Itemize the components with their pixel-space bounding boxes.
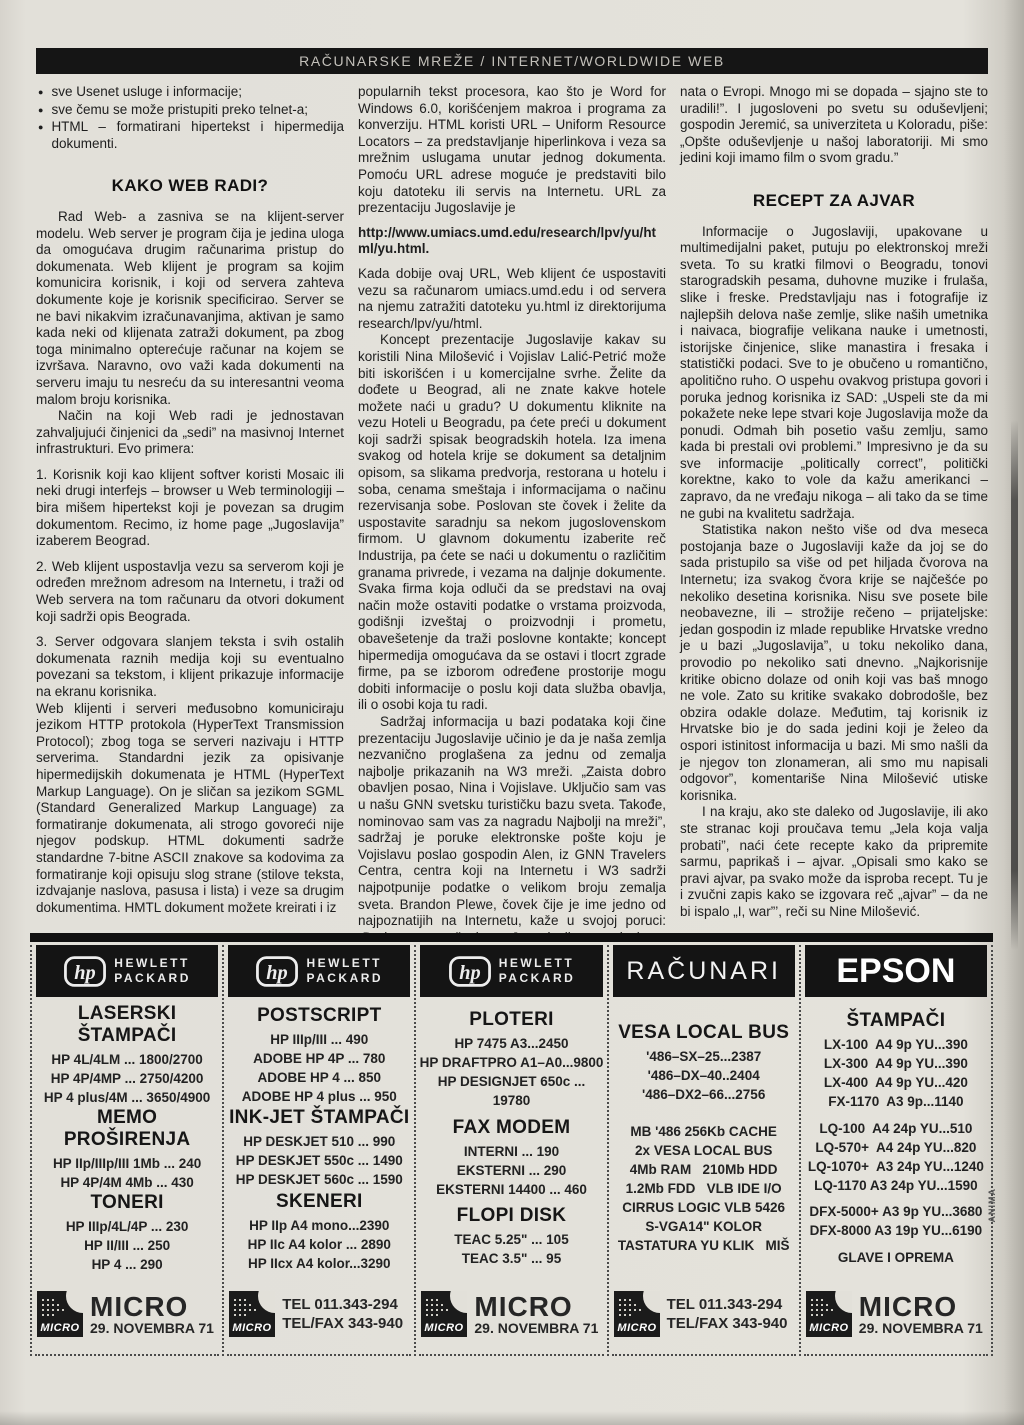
heading-recept-za-ajvar: RECEPT ZA AJVAR <box>680 193 988 210</box>
ad-section-title: TONERI <box>66 1192 189 1214</box>
ad-section-title: PLOTERI <box>419 1009 603 1031</box>
price-line: HP II/III ... 250 <box>66 1236 189 1255</box>
ad-section-title: FLOPI DISK <box>454 1205 568 1227</box>
micro-wordmark: MICRO <box>90 1293 214 1320</box>
article-column-2: popularnih tekst procesora, kao što je W… <box>358 84 666 933</box>
bullet-text: HTML – formatirani hipertekst i hipermed… <box>51 119 344 152</box>
paragraph: 2. Web klijent uspostavlja vezu sa serve… <box>36 559 344 625</box>
hp-logo-icon: hp <box>63 955 107 988</box>
price-line: HP DRAFTPRO A1–A0...9800 <box>419 1053 603 1072</box>
price-line: EKSTERNI ... 290 <box>436 1161 587 1180</box>
ad-section: DFX-5000+ A3 9p YU...3680 DFX-8000 A3 19… <box>809 1202 982 1240</box>
ad-column-body: VESA LOCAL BUS '486–SX–25...2387 '486–DX… <box>612 997 796 1280</box>
ad-section: LASERSKI ŠTAMPAČI HP 4L/4LM ... 1800/270… <box>35 1003 219 1107</box>
price-line: ADOBE HP 4 plus ... 950 <box>242 1087 397 1106</box>
hewlett-packard-logo-block: hp HEWLETT PACKARD <box>448 955 576 988</box>
hp-logo-icon: hp <box>255 955 299 988</box>
ad-section: TONERI HP IIIp/4L/4P ... 230 HP II/III .… <box>66 1192 189 1274</box>
ad-price-list: TEAC 5.25" ... 105 TEAC 3.5" ... 95 <box>454 1230 568 1268</box>
ad-column: hp HEWLETT PACKARD <box>224 945 416 1356</box>
svg-text:MICRO: MICRO <box>233 1322 272 1334</box>
micro-phone: TEL 011.343-294 <box>667 1295 788 1314</box>
paragraph: Način na koji Web radi je jednostavan za… <box>36 408 344 458</box>
price-line: LQ-1070+ A3 24p YU...1240 <box>808 1157 984 1176</box>
paragraph: Statistika nakon nešto više od dva mesec… <box>680 522 988 804</box>
micro-footer-text: TEL 011.343-294 TEL/FAX 343-940 <box>282 1295 403 1333</box>
bullet-item: ● sve Usenet usluge i informacije; <box>36 84 344 101</box>
micro-fax: TEL/FAX 343-940 <box>282 1314 403 1333</box>
advert-grid: hp HEWLETT PACKARD <box>30 945 993 1356</box>
price-line: LQ-570+ A4 24p YU...820 <box>808 1138 984 1157</box>
price-line: HP IIIp/III ... 490 <box>242 1030 397 1049</box>
ad-section-title: MEMO PROŠIRENJA <box>35 1107 219 1151</box>
price-line: DFX-5000+ A3 9p YU...3680 <box>809 1202 982 1221</box>
ad-section-title: SKENERI <box>248 1191 391 1213</box>
micro-footer: MICRO MICRO 29. NOVEMBRA 71 <box>804 1280 988 1356</box>
racunari-wordmark: RAČUNARI <box>626 957 781 986</box>
ad-section-title: POSTSCRIPT <box>242 1005 397 1027</box>
column-1-paragraphs: Rad Web- a zasniva se na klijent-server … <box>36 209 344 916</box>
price-line: HP IIp A4 mono...2390 <box>248 1216 391 1235</box>
section-header-bar: RAČUNARSKE MREŽE / INTERNET/WORLDWIDE WE… <box>36 48 988 74</box>
article-column-3: nata o Evropi. Mnogo mi se dopada – sjaj… <box>680 84 988 933</box>
price-line: '486–DX2–66...2756 <box>618 1085 789 1104</box>
micro-footer-text: MICRO 29. NOVEMBRA 71 <box>90 1293 214 1336</box>
ad-brand-header: hp HEWLETT PACKARD <box>228 945 410 997</box>
paragraph: nata o Evropi. Mnogo mi se dopada – sjaj… <box>680 84 988 167</box>
paragraph: Web klijenti i serveri međusobno komunic… <box>36 701 344 917</box>
price-line: INTERNI ... 190 <box>436 1142 587 1161</box>
ad-column-body: ŠTAMPAČI LX-100 A4 9p YU...390 LX-300 A4… <box>804 997 988 1280</box>
magazine-page-scan: RAČUNARSKE MREŽE / INTERNET/WORLDWIDE WE… <box>0 0 1024 1425</box>
hp-wordmark-line: PACKARD <box>306 971 383 986</box>
hp-wordmark: HEWLETT PACKARD <box>114 956 191 986</box>
svg-text:hp: hp <box>459 961 481 983</box>
article-body: ● sve Usenet usluge i informacije; ● sve… <box>36 84 988 933</box>
svg-text:MICRO: MICRO <box>40 1322 79 1334</box>
ad-section-title: ŠTAMPAČI <box>824 1010 968 1032</box>
ad-brand-header: hp HEWLETT PACKARD <box>420 945 602 997</box>
price-line: HP 4P/4MP ... 2750/4200 <box>35 1069 219 1088</box>
ad-price-list: HP IIIp/III ... 490 ADOBE HP 4P ... 780 … <box>242 1030 397 1106</box>
micro-logo-icon: MICRO <box>421 1291 467 1337</box>
ad-price-list: DFX-5000+ A3 9p YU...3680 DFX-8000 A3 19… <box>809 1202 982 1240</box>
ad-price-list: '486–SX–25...2387 '486–DX–40..2404 '486–… <box>618 1047 789 1104</box>
price-line: HP 7475 A3...2450 <box>419 1034 603 1053</box>
hewlett-packard-logo-block: hp HEWLETT PACKARD <box>255 955 383 988</box>
price-line: GLAVE I OPREMA <box>838 1248 954 1267</box>
ad-section: GLAVE I OPREMA <box>838 1248 954 1267</box>
ad-column: RAČUNARI VESA LOCAL BUS '486–SX–25... <box>609 945 801 1356</box>
price-line: HP 4P/4M 4Mb ... 430 <box>35 1173 219 1192</box>
heading-kako-web-radi: KAKO WEB RADI? <box>36 178 344 195</box>
ad-brand-header: hp HEWLETT PACKARD <box>36 945 218 997</box>
price-line: HP IIc A4 kolor ... 2890 <box>248 1235 391 1254</box>
ad-column-body: PLOTERI HP 7475 A3...2450 HP DRAFTPRO A1… <box>419 997 603 1280</box>
ad-section: SKENERI HP IIp A4 mono...2390 HP IIc A4 … <box>248 1191 391 1273</box>
price-line: CIRRUS LOGIC VLB 5426 <box>618 1198 790 1217</box>
hp-logo-icon: hp <box>448 955 492 988</box>
ad-price-list: HP 7475 A3...2450 HP DRAFTPRO A1–A0...98… <box>419 1034 603 1110</box>
price-line: HP 4L/4LM ... 1800/2700 <box>35 1050 219 1069</box>
ad-price-list: HP IIp A4 mono...2390 HP IIc A4 kolor ..… <box>248 1216 391 1273</box>
price-line: HP DESKJET 510 ... 990 <box>229 1132 409 1151</box>
price-line: '486–DX–40..2404 <box>618 1066 789 1085</box>
price-line: HP DESIGNJET 650c ... 19780 <box>419 1072 603 1110</box>
ad-price-list: MB '486 256Kb CACHE 2x VESA LOCAL BUS 4M… <box>618 1122 790 1255</box>
price-line: TASTATURA YU KLIK MIŠ <box>618 1236 790 1255</box>
ad-section: FAX MODEM INTERNI ... 190 EKSTERNI ... 2… <box>436 1117 587 1199</box>
paragraph: Koncept prezentacije Jugoslavije kakav s… <box>358 332 666 714</box>
scan-edge-artifact <box>0 1411 1024 1425</box>
bullet-text: sve čemu se može pristupiti preko telnet… <box>51 102 308 119</box>
paragraph: Sadržaj informacija u bazi podataka koji… <box>358 714 666 933</box>
ad-price-list: INTERNI ... 190 EKSTERNI ... 290 EKSTERN… <box>436 1142 587 1199</box>
hp-wordmark: HEWLETT PACKARD <box>306 956 383 986</box>
micro-footer-text: MICRO 29. NOVEMBRA 71 <box>859 1293 983 1336</box>
micro-address: 29. NOVEMBRA 71 <box>859 1320 983 1336</box>
micro-fax: TEL/FAX 343-940 <box>667 1314 788 1333</box>
paragraph: http://www.umiacs.umd.edu/research/lpv/y… <box>358 225 666 258</box>
column-3-paragraphs: Informacije o Jugoslaviji, upakovane u m… <box>680 224 988 921</box>
ad-section: INK-JET ŠTAMPAČI HP DESKJET 510 ... 990 … <box>229 1107 409 1189</box>
price-line: ADOBE HP 4 ... 850 <box>242 1068 397 1087</box>
paragraph: Rad Web- a zasniva se na klijent-server … <box>36 209 344 408</box>
ad-section-title: INK-JET ŠTAMPAČI <box>229 1107 409 1129</box>
ad-section-title: LASERSKI ŠTAMPAČI <box>35 1003 219 1047</box>
bullet-icon: ● <box>36 119 43 152</box>
micro-logo-icon: MICRO <box>37 1291 83 1337</box>
hp-wordmark-line: HEWLETT <box>306 956 383 971</box>
ad-price-list: HP IIIp/4L/4P ... 230 HP II/III ... 250 … <box>66 1217 189 1274</box>
micro-footer: MICRO MICRO 29. NOVEMBRA 71 <box>35 1280 219 1356</box>
price-line: FX-1170 A3 9p...1140 <box>824 1092 968 1111</box>
micro-address: 29. NOVEMBRA 71 <box>474 1320 598 1336</box>
hp-wordmark-line: HEWLETT <box>499 956 576 971</box>
paragraph: 1. Korisnik koji kao klijent softver kor… <box>36 467 344 550</box>
price-line: HP 4 plus/4M ... 3650/4900 <box>35 1088 219 1107</box>
agency-signature: ANIMA <box>987 1188 997 1223</box>
paragraph: 3. Server odgovara slanjem teksta i svih… <box>36 634 344 700</box>
price-line: DFX-8000 A3 19p YU...6190 <box>809 1221 982 1240</box>
bullet-item: ● HTML – formatirani hipertekst i hiperm… <box>36 119 344 152</box>
svg-text:hp: hp <box>267 961 289 983</box>
price-line: TEAC 3.5" ... 95 <box>454 1249 568 1268</box>
svg-text:MICRO: MICRO <box>425 1322 464 1334</box>
price-line: 4Mb RAM 210Mb HDD <box>618 1160 790 1179</box>
ad-price-list: LX-100 A4 9p YU...390 LX-300 A4 9p YU...… <box>824 1035 968 1111</box>
advert-top-rule <box>30 933 993 942</box>
price-line: S-VGA14" KOLOR <box>618 1217 790 1236</box>
paragraph: I na kraju, ako ste daleko od Jugoslavij… <box>680 804 988 920</box>
micro-logo-icon: MICRO <box>614 1291 660 1337</box>
ad-section: PLOTERI HP 7475 A3...2450 HP DRAFTPRO A1… <box>419 1009 603 1110</box>
ad-section: ŠTAMPAČI LX-100 A4 9p YU...390 LX-300 A4… <box>824 1010 968 1111</box>
ad-column: hp HEWLETT PACKARD <box>32 945 224 1356</box>
micro-wordmark: MICRO <box>859 1293 983 1320</box>
ad-price-list: HP 4L/4LM ... 1800/2700 HP 4P/4MP ... 27… <box>35 1050 219 1107</box>
bullet-icon: ● <box>36 102 43 119</box>
price-line: HP DESKJET 560c ... 1590 <box>229 1170 409 1189</box>
price-line: LX-100 A4 9p YU...390 <box>824 1035 968 1054</box>
ad-price-list: HP IIp/IIIp/III 1Mb ... 240 HP 4P/4M 4Mb… <box>35 1154 219 1192</box>
price-line: HP DESKJET 550c ... 1490 <box>229 1151 409 1170</box>
price-line: 1.2Mb FDD VLB IDE I/O <box>618 1179 790 1198</box>
price-line: LX-300 A4 9p YU...390 <box>824 1054 968 1073</box>
price-line: HP IIcx A4 kolor...3290 <box>248 1254 391 1273</box>
ad-section: POSTSCRIPT HP IIIp/III ... 490 ADOBE HP … <box>242 1005 397 1106</box>
ad-price-list: GLAVE I OPREMA <box>838 1248 954 1267</box>
micro-footer-text: MICRO 29. NOVEMBRA 71 <box>474 1293 598 1336</box>
advert-block: hp HEWLETT PACKARD <box>30 933 993 1356</box>
column-2-paragraphs: popularnih tekst procesora, kao što je W… <box>358 84 666 933</box>
ad-section-title: VESA LOCAL BUS <box>618 1022 789 1044</box>
price-line: HP 4 ... 290 <box>66 1255 189 1274</box>
hp-wordmark-line: PACKARD <box>114 971 191 986</box>
price-line: LX-400 A4 9p YU...420 <box>824 1073 968 1092</box>
ad-section: VESA LOCAL BUS '486–SX–25...2387 '486–DX… <box>618 1022 789 1104</box>
bullet-icon: ● <box>36 84 43 101</box>
micro-footer: MICRO TEL 011.343-294 TEL/FAX 343-940 <box>612 1280 796 1356</box>
ad-brand-header: EPSON <box>805 945 987 997</box>
svg-text:hp: hp <box>75 961 97 983</box>
article-column-1: ● sve Usenet usluge i informacije; ● sve… <box>36 84 344 933</box>
micro-footer-text: TEL 011.343-294 TEL/FAX 343-940 <box>667 1295 788 1333</box>
price-line: HP IIIp/4L/4P ... 230 <box>66 1217 189 1236</box>
paragraph: Kada dobije ovaj URL, Web klijent će usp… <box>358 266 666 332</box>
price-line: EKSTERNI 14400 ... 460 <box>436 1180 587 1199</box>
hp-wordmark-line: PACKARD <box>499 971 576 986</box>
ad-section: LQ-100 A4 24p YU...510 LQ-570+ A4 24p YU… <box>808 1119 984 1195</box>
price-line: ADOBE HP 4P ... 780 <box>242 1049 397 1068</box>
ad-brand-header: RAČUNARI <box>613 945 795 997</box>
ad-section: MB '486 256Kb CACHE 2x VESA LOCAL BUS 4M… <box>618 1122 790 1255</box>
price-line: TEAC 5.25" ... 105 <box>454 1230 568 1249</box>
ad-column: EPSON ŠTAMPAČI LX-100 A4 9p YU...390 <box>801 945 993 1356</box>
hewlett-packard-logo-block: hp HEWLETT PACKARD <box>63 955 191 988</box>
micro-footer: MICRO TEL 011.343-294 TEL/FAX 343-940 <box>227 1280 411 1356</box>
price-line: MB '486 256Kb CACHE <box>618 1122 790 1141</box>
ad-column-body: POSTSCRIPT HP IIIp/III ... 490 ADOBE HP … <box>227 997 411 1280</box>
svg-text:MICRO: MICRO <box>809 1322 848 1334</box>
price-line: LQ-1170 A3 24p YU...1590 <box>808 1176 984 1195</box>
ad-section-title: FAX MODEM <box>436 1117 587 1139</box>
bullet-list: ● sve Usenet usluge i informacije; ● sve… <box>36 84 344 152</box>
paragraph: popularnih tekst procesora, kao što je W… <box>358 84 666 217</box>
hp-wordmark-line: HEWLETT <box>114 956 191 971</box>
section-title: RAČUNARSKE MREŽE / INTERNET/WORLDWIDE WE… <box>299 53 725 69</box>
price-line: '486–SX–25...2387 <box>618 1047 789 1066</box>
scan-edge-artifact <box>1011 420 1018 950</box>
bullet-item: ● sve čemu se može pristupiti preko teln… <box>36 102 344 119</box>
micro-wordmark: MICRO <box>474 1293 598 1320</box>
column-3-lead: nata o Evropi. Mnogo mi se dopada – sjaj… <box>680 84 988 167</box>
hp-wordmark: HEWLETT PACKARD <box>499 956 576 986</box>
svg-text:MICRO: MICRO <box>617 1322 656 1334</box>
micro-logo-icon: MICRO <box>229 1291 275 1337</box>
micro-address: 29. NOVEMBRA 71 <box>90 1320 214 1336</box>
micro-logo-icon: MICRO <box>806 1291 852 1337</box>
paragraph: Informacije o Jugoslaviji, upakovane u m… <box>680 224 988 523</box>
micro-footer: MICRO MICRO 29. NOVEMBRA 71 <box>419 1280 603 1356</box>
ad-column-body: LASERSKI ŠTAMPAČI HP 4L/4LM ... 1800/270… <box>35 997 219 1280</box>
epson-wordmark: EPSON <box>836 952 955 991</box>
price-line: LQ-100 A4 24p YU...510 <box>808 1119 984 1138</box>
price-line: HP IIp/IIIp/III 1Mb ... 240 <box>35 1154 219 1173</box>
ad-column: hp HEWLETT PACKARD <box>416 945 608 1356</box>
ad-section: MEMO PROŠIRENJA HP IIp/IIIp/III 1Mb ... … <box>35 1107 219 1192</box>
ad-price-list: LQ-100 A4 24p YU...510 LQ-570+ A4 24p YU… <box>808 1119 984 1195</box>
bullet-text: sve Usenet usluge i informacije; <box>51 84 242 101</box>
micro-phone: TEL 011.343-294 <box>282 1295 403 1314</box>
ad-price-list: HP DESKJET 510 ... 990 HP DESKJET 550c .… <box>229 1132 409 1189</box>
price-line: 2x VESA LOCAL BUS <box>618 1141 790 1160</box>
ad-section: FLOPI DISK TEAC 5.25" ... 105 TEAC 3.5" … <box>454 1205 568 1268</box>
